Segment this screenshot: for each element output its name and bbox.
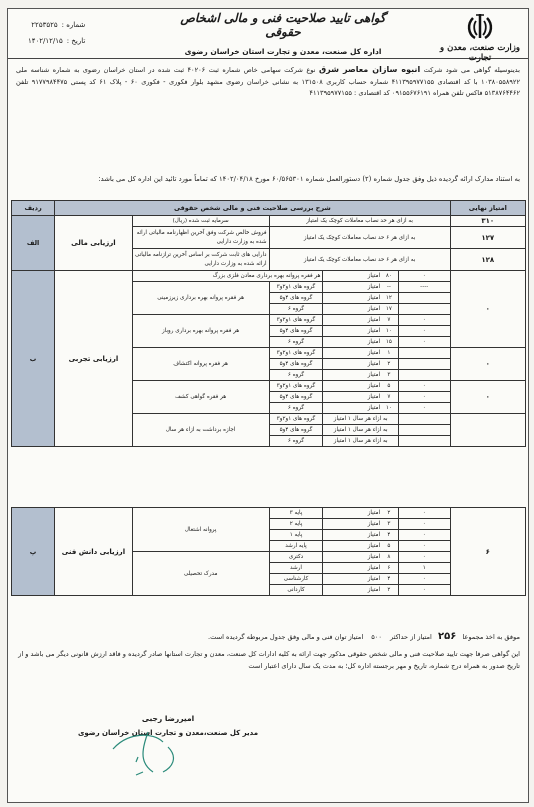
group: گروه ۶ — [269, 370, 323, 381]
scoring-rule: به ازای هر ۶ حد نصاب معاملات کوچک یک امت… — [269, 249, 450, 271]
group: دکتری — [269, 552, 323, 563]
office-name: اداره کل صنعت، معدن و تجارت استان خراسان… — [173, 47, 393, 56]
points: ۲ امتیاز — [323, 585, 398, 596]
ministry-name: وزارت صنعت، معدن و تجارت — [440, 43, 520, 63]
count: ۰ — [398, 530, 450, 541]
group: پایه ۲ — [269, 519, 323, 530]
count — [398, 304, 450, 315]
points: ۱۰ امتیاز — [323, 403, 398, 414]
group: گروه ۶ — [269, 337, 323, 348]
points: ۷ امتیاز — [323, 315, 398, 326]
points: ۷ امتیاز — [323, 392, 398, 403]
group: پایه ارشد — [269, 541, 323, 552]
group: گروه های ۱و۲و۳ — [269, 414, 323, 425]
subtotal-score: ۰ — [450, 271, 525, 348]
group: گروه های ۴و۵ — [269, 293, 323, 304]
group: کاردانی — [269, 585, 323, 596]
date-label: تاریخ : — [67, 37, 86, 45]
intro-paragraph: بدینوسیله گواهی می شود شرکت انبوه سازان … — [8, 59, 528, 100]
points: ۱۰ امتیاز — [323, 326, 398, 337]
total-score-line: موفق به اخذ مجموعا ۲۵۶ امتیاز از حداکثر … — [16, 631, 520, 644]
intro-text-1: بدینوسیله گواهی می شود شرکت — [424, 66, 520, 74]
knowledge-table: ۶ ۰ ۲ امتیاز پایه ۳ پروانه اشتغال ارزیاب… — [11, 507, 526, 596]
count — [398, 348, 450, 359]
final-score: ۳۱۰ — [450, 216, 525, 227]
count: ۰ — [398, 541, 450, 552]
points: ۴ امتیاز — [323, 530, 398, 541]
signer-name: امیررضا رجبی — [78, 714, 258, 723]
header-description: شرح بررسی صلاحیت فنی و مالی شخص حقوقی — [55, 201, 450, 216]
validity-note: این گواهی صرفا جهت تایید صلاحیت فنی و ما… — [16, 649, 520, 672]
count: ۰ — [398, 403, 450, 414]
item-description: سرمایه ثبت شده (ریال) — [132, 216, 269, 227]
count — [398, 370, 450, 381]
count: ۰ — [398, 271, 450, 282]
section-code: ب — [12, 271, 55, 447]
group: گروه های ۴و۵ — [269, 425, 323, 436]
evaluation-table: امتیاز نهایی شرح بررسی صلاحیت فنی و مالی… — [11, 200, 526, 447]
company-name: انبوه سازان معاصر شرق — [319, 65, 420, 74]
group: گروه ۶ — [269, 403, 323, 414]
group: پایه ۱ — [269, 530, 323, 541]
group: گروه ۶ — [269, 436, 323, 447]
subtotal-score: ۰ — [450, 348, 525, 381]
group: گروه های ۴و۵ — [269, 326, 323, 337]
points: ۳ امتیاز — [323, 370, 398, 381]
group: کارشناسی — [269, 574, 323, 585]
count — [398, 425, 450, 436]
subtotal-score — [450, 414, 525, 447]
document-title: گواهی تایید صلاحیت فنی و مالی اشخاص حقوق… — [173, 11, 393, 39]
group: گروه های ۱و۲و۳ — [269, 348, 323, 359]
item-description: پروانه اشتغال — [132, 508, 269, 552]
table-row: ۳۱۰ به ازای هر حد نصاب معاملات کوچک یک ا… — [12, 216, 526, 227]
section-name: ارزیابی مالی — [55, 216, 133, 271]
header-final-score: امتیاز نهایی — [450, 201, 525, 216]
sum-text: موفق به اخذ مجموعا — [462, 633, 520, 641]
count: ۰ — [398, 585, 450, 596]
item-description: هر فقره پروانه بهره برداری زیرزمینی — [132, 282, 269, 315]
group: پایه ۳ — [269, 508, 323, 519]
points: ۸ امتیاز — [323, 552, 398, 563]
document-date: ۱۴۰۲/۱۲/۱۵ — [28, 37, 63, 45]
count — [398, 414, 450, 425]
group: گروه های ۱و۲و۳ — [269, 282, 323, 293]
signature-icon — [108, 727, 198, 777]
certificate-page: وزارت صنعت، معدن و تجارت گواهی تایید صلا… — [7, 8, 529, 803]
section-code: پ — [12, 508, 55, 596]
sum-text: امتیاز از حداکثر — [390, 633, 432, 641]
group: گروه های ۴و۵ — [269, 392, 323, 403]
table-header-row: امتیاز نهایی شرح بررسی صلاحیت فنی و مالی… — [12, 201, 526, 216]
points: به ازاء هر سال ۱ امتیاز — [323, 414, 398, 425]
count — [398, 436, 450, 447]
subtotal-score: ۰ — [450, 381, 525, 414]
item-description: دارایی های ثابت شرکت بر اساس آخرین ترازن… — [132, 249, 269, 271]
number-label: شماره : — [62, 21, 86, 29]
scoring-rule: به ازای هر حد نصاب معاملات کوچک یک امتیا… — [269, 216, 450, 227]
item-description: هر فقره پروانه بهره برداری معادن فلزی بز… — [132, 271, 323, 282]
group: ارشد — [269, 563, 323, 574]
section-name: ارزیابی تجربی — [55, 271, 133, 447]
points: ۴ امتیاز — [323, 574, 398, 585]
document-number: ۲۲۵۳۵۲۵ — [31, 21, 57, 29]
ministry-logo: وزارت صنعت، معدن و تجارت — [440, 12, 520, 63]
sum-text: امتیاز توان فنی و مالی وفق جدول مربوطه گ… — [208, 633, 363, 641]
header-row-id: ردیف — [12, 201, 55, 216]
count: ۰ — [398, 326, 450, 337]
item-description: هر فقره پروانه بهره برداری روباز — [132, 315, 269, 348]
lead-paragraph: به استناد مدارک ارائه گردیده ذیل وفق جدو… — [8, 169, 528, 183]
points: ۵ امتیاز — [323, 381, 398, 392]
group: گروه های ۱و۲و۳ — [269, 315, 323, 326]
count: ۰ — [398, 392, 450, 403]
item-description: اجازه برداشت به ازاء هر سال — [132, 414, 269, 447]
points: ۱ امتیاز — [323, 348, 398, 359]
item-description: مدرک تحصیلی — [132, 552, 269, 596]
points: ۲ امتیاز — [323, 508, 398, 519]
count: ۰ — [398, 337, 450, 348]
group: گروه های ۴و۵ — [269, 359, 323, 370]
document-header: وزارت صنعت، معدن و تجارت گواهی تایید صلا… — [8, 9, 528, 59]
final-score: ۱۲۸ — [450, 249, 525, 271]
item-description: فروش خالص شرکت وفق آخرین اظهارنامه مالیا… — [132, 227, 269, 249]
group: گروه ۶ — [269, 304, 323, 315]
item-description: هر فقره پروانه اکتشاف — [132, 348, 269, 381]
subtotal-score: ۶ — [450, 508, 525, 596]
count: ۰ — [398, 552, 450, 563]
count: ۰ — [398, 574, 450, 585]
count — [398, 293, 450, 304]
points: ۳ امتیاز — [323, 519, 398, 530]
item-description: هر فقره گواهی کشف — [132, 381, 269, 414]
points: ۶ امتیاز — [323, 563, 398, 574]
points: ۱۵ امتیاز — [323, 337, 398, 348]
count: ۱ — [398, 563, 450, 574]
points: به ازاء هر سال ۱ امتیاز — [323, 425, 398, 436]
count: ۰ — [398, 381, 450, 392]
points: ۵ امتیاز — [323, 541, 398, 552]
count: ۰ — [398, 315, 450, 326]
count: ۰ — [398, 519, 450, 530]
section-name: ارزیابی دانش فنی — [55, 508, 133, 596]
table-row: ۶ ۰ ۲ امتیاز پایه ۳ پروانه اشتغال ارزیاب… — [12, 508, 526, 519]
count: ---- — [398, 282, 450, 293]
scoring-rule: به ازای هر ۶ حد نصاب معاملات کوچک یک امت… — [269, 227, 450, 249]
iran-emblem-icon — [463, 12, 497, 42]
points: ۲ امتیاز — [323, 359, 398, 370]
group: گروه های ۱و۲و۳ — [269, 381, 323, 392]
total-score: ۲۵۶ — [438, 631, 456, 642]
count: ۰ — [398, 508, 450, 519]
table-row: ۰ ۰ ۸۰ امتیاز هر فقره پروانه بهره برداری… — [12, 271, 526, 282]
section-code: الف — [12, 216, 55, 271]
max-score: ۵۰۰ — [371, 633, 382, 641]
final-score: ۱۲۷ — [450, 227, 525, 249]
points: ۱۲ امتیاز — [323, 293, 398, 304]
count — [398, 359, 450, 370]
document-meta: شماره :۲۲۵۳۵۲۵ تاریخ :۱۴۰۲/۱۲/۱۵ — [28, 17, 85, 49]
points: -- امتیاز — [323, 282, 398, 293]
points: به ازاء هر سال ۱ امتیاز — [323, 436, 398, 447]
points: ۸۰ امتیاز — [323, 271, 398, 282]
points: ۱۷ امتیاز — [323, 304, 398, 315]
